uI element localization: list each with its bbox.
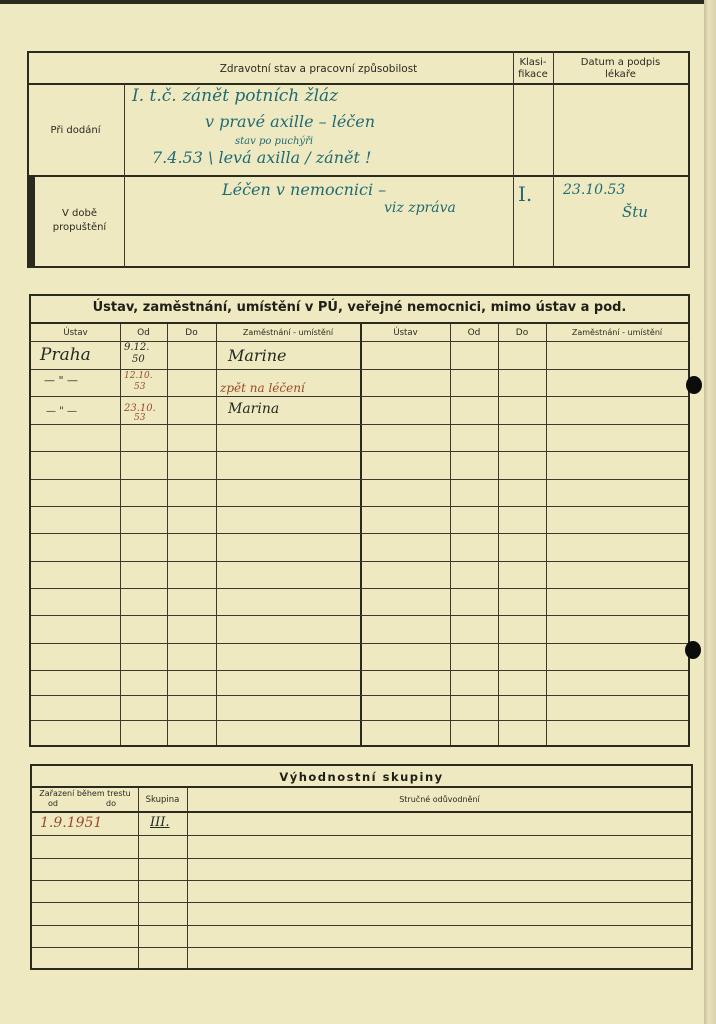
- col-header-ustav-2: Ústav: [361, 327, 450, 339]
- divider: [450, 324, 451, 745]
- divider: [27, 175, 690, 177]
- punch-hole: [685, 641, 701, 659]
- col-header-assignment: Zařazení během trestu: [32, 789, 138, 799]
- row-label-release-1: V době: [35, 208, 124, 220]
- header-condition: Zdravotní stav a pracovní způsobilost: [124, 63, 513, 75]
- group-assignment-date: 1.9.1951: [40, 815, 102, 831]
- row-label-release-2: propuštění: [35, 222, 124, 234]
- divider: [138, 787, 139, 969]
- divider: [187, 787, 188, 969]
- row-line: [31, 670, 688, 671]
- divider: [498, 324, 499, 745]
- release-date: 23.10.53: [563, 182, 625, 198]
- col-header-zamestnani: Zaměstnání - umístění: [216, 327, 360, 339]
- divider: [124, 84, 125, 267]
- row-line: [31, 561, 688, 562]
- admission-note-2: v pravé axille – léčen: [205, 112, 375, 131]
- header-date-signature-1: Datum a podpis: [553, 57, 688, 69]
- doctor-signature: Štu: [622, 203, 648, 221]
- divider: [30, 786, 693, 788]
- admission-note-4: 7.4.53 \ levá axilla / zánět !: [152, 148, 371, 167]
- divider: [167, 324, 168, 745]
- row-line: [31, 695, 688, 696]
- col-header-do: do: [96, 799, 126, 809]
- col-header-zamestnani-2: Zaměstnání - umístění: [546, 327, 688, 339]
- row-label-admission: Při dodání: [27, 125, 124, 137]
- col-header-group: Skupina: [138, 794, 187, 806]
- row-line: [31, 720, 688, 721]
- row-line: [31, 369, 688, 370]
- entry-1-od-1: 9.12.: [124, 342, 149, 353]
- release-classification: I.: [518, 182, 532, 206]
- row-line: [31, 451, 688, 452]
- punch-hole: [686, 376, 702, 394]
- entry-2-od-1: 12.10.: [124, 371, 153, 381]
- row-line: [31, 588, 688, 589]
- col-header-od-2: Od: [450, 327, 498, 339]
- col-header-do-2: Do: [498, 327, 546, 339]
- row-line: [32, 925, 691, 926]
- col-header-od: Od: [120, 327, 167, 339]
- row-line: [32, 880, 691, 881]
- row-line: [32, 947, 691, 948]
- entry-2-od-2: 53: [134, 382, 145, 392]
- divider: [360, 324, 362, 745]
- entry-3-ustav: — " —: [46, 406, 77, 417]
- entry-1-zamestnani: Marine: [228, 346, 286, 365]
- col-header-do: Do: [167, 327, 216, 339]
- placement-title: Ústav, zaměstnání, umístění v PÚ, veřejn…: [29, 300, 690, 315]
- groups-title: Výhodnostní skupiny: [30, 770, 693, 784]
- admission-note-1: I. t.č. zánět potních žláz: [132, 86, 338, 106]
- row-line: [31, 479, 688, 480]
- page-edge: [704, 0, 716, 1024]
- release-note-2: viz zpráva: [384, 200, 456, 216]
- release-note-1: Léčen v nemocnici –: [222, 180, 386, 199]
- divider: [553, 51, 554, 267]
- divider: [513, 51, 514, 267]
- col-header-reason: Stručné odůvodnění: [187, 794, 692, 806]
- row-line: [32, 835, 691, 836]
- group-value: III.: [150, 815, 170, 830]
- entry-1-ustav: Praha: [40, 345, 91, 365]
- divider: [120, 324, 121, 745]
- row-line: [31, 506, 688, 507]
- divider: [216, 324, 217, 745]
- row-line: [31, 396, 688, 397]
- entry-3-zamestnani: Marina: [228, 401, 279, 417]
- divider: [30, 811, 693, 813]
- row-line: [31, 615, 688, 616]
- col-header-od: od: [38, 799, 68, 809]
- entry-3-od-2: 53: [134, 413, 145, 423]
- header-date-signature-2: lékaře: [553, 69, 688, 81]
- header-classification-2: fikace: [513, 69, 553, 81]
- row-line: [32, 858, 691, 859]
- row-line: [31, 533, 688, 534]
- row-line: [32, 902, 691, 903]
- col-header-ustav: Ústav: [31, 327, 120, 339]
- entry-1-od-2: 50: [132, 354, 145, 365]
- entry-2-zamestnani: zpět na léčení: [220, 381, 305, 395]
- admission-note-3: stav po puchýři: [235, 136, 313, 147]
- row-marker-bar: [27, 176, 35, 268]
- divider: [27, 83, 690, 85]
- header-classification-1: Klasi-: [513, 57, 553, 69]
- row-line: [31, 424, 688, 425]
- divider: [546, 324, 547, 745]
- entry-2-ustav: — " —: [44, 374, 78, 387]
- row-line: [31, 643, 688, 644]
